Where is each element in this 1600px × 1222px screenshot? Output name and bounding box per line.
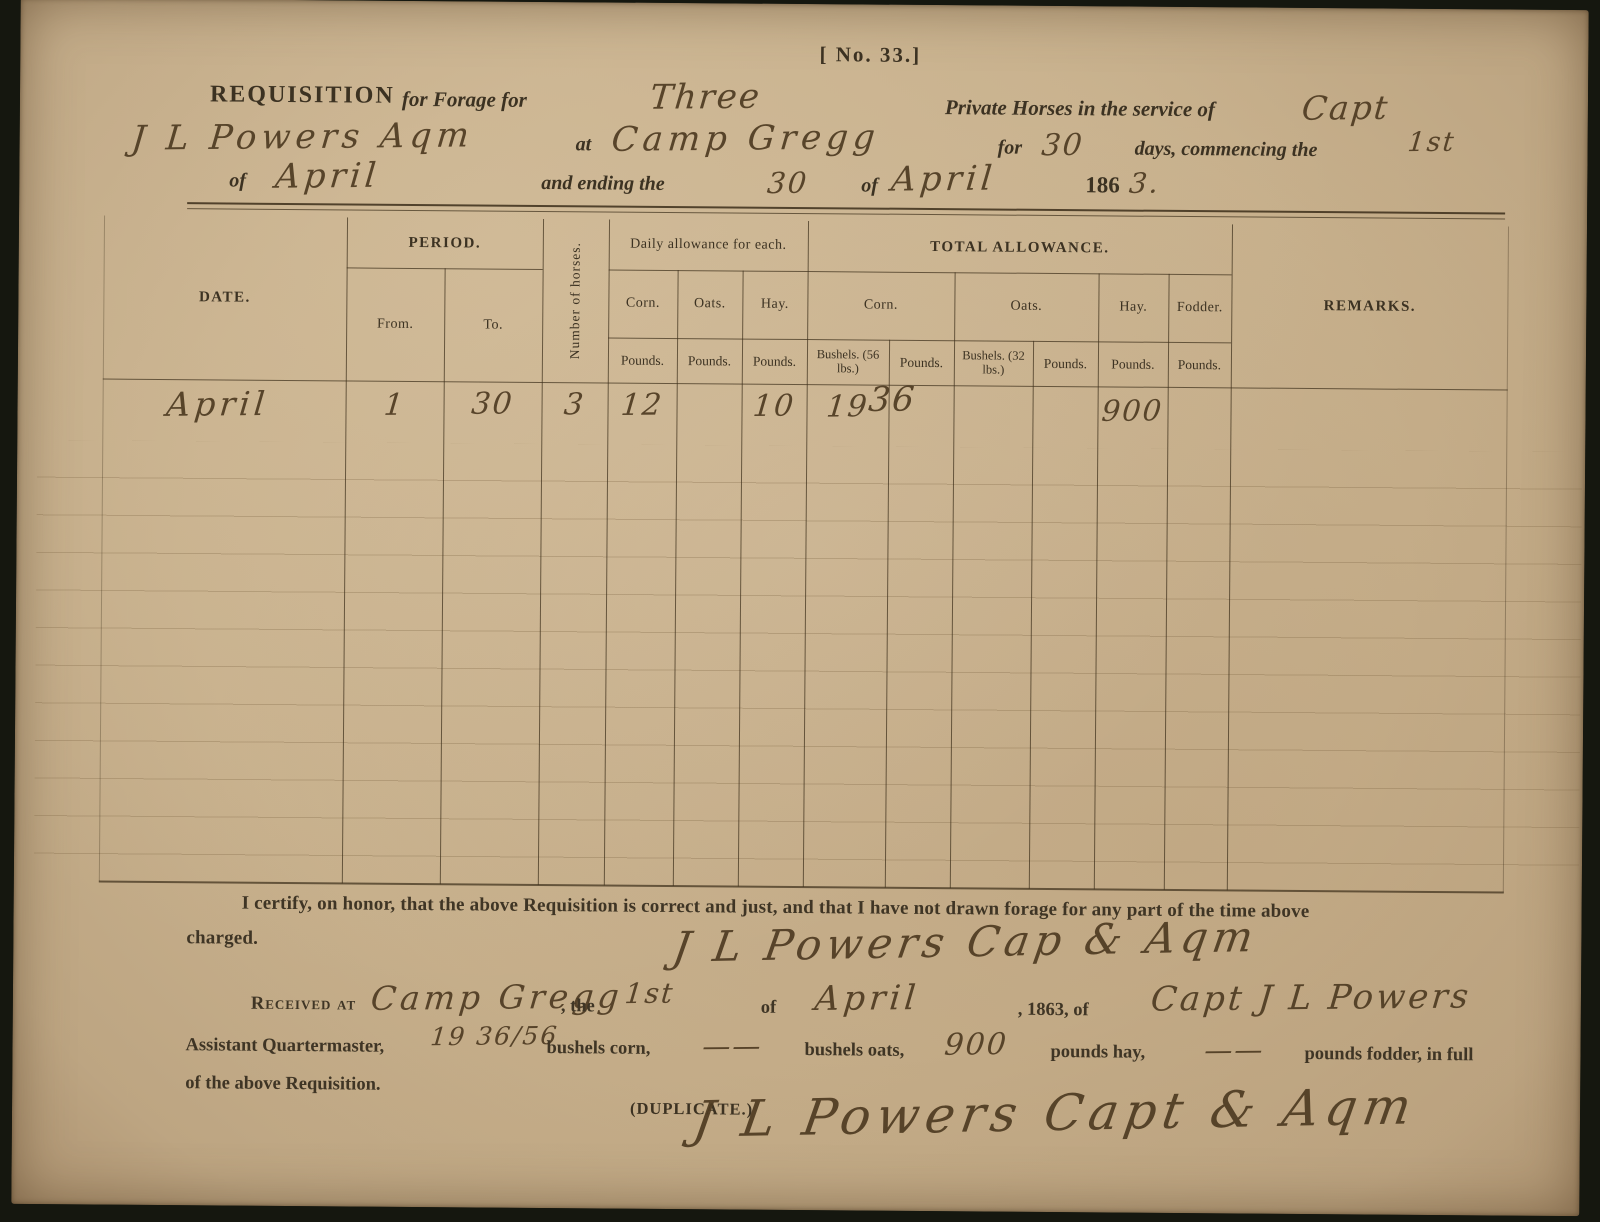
hw-receipt-month: April	[813, 978, 921, 1019]
hw-receipt-day: 1st	[623, 977, 676, 1011]
hw-start-day: 1st	[1406, 127, 1457, 158]
col-header-remarks: REMARKS.	[1231, 224, 1509, 389]
col-header-pounds: Pounds.	[677, 338, 742, 384]
forage-table: DATE. PERIOD. From. To. Number of horses…	[99, 216, 1509, 893]
title-requisition: REQUISITION	[210, 81, 395, 109]
printed-of-2: of	[861, 174, 878, 197]
row-corn-pounds: 36	[867, 379, 918, 419]
certification-text-2: charged.	[186, 927, 258, 950]
col-header-total-oats: Oats.	[954, 272, 1099, 341]
bushels-corn-label: bushels corn,	[546, 1038, 650, 1060]
signature-1: J L Powers Cap & Aqm	[670, 912, 1262, 972]
table-bottom-rule	[99, 881, 1504, 894]
hw-num-days: 30	[1040, 128, 1086, 163]
col-header-date: DATE.	[103, 216, 347, 381]
col-header-pounds: Pounds.	[1033, 341, 1098, 387]
printed-year: 186	[1085, 172, 1120, 198]
col-header-pounds: Pounds.	[1098, 341, 1168, 387]
row-to: 30	[442, 386, 543, 422]
printed-of-1: of	[229, 170, 246, 193]
hw-horse-count: Three	[648, 77, 763, 118]
row-from: 1	[344, 387, 445, 423]
hw-officer-rank: Capt	[1300, 88, 1391, 128]
col-header-daily-oats: Oats.	[677, 270, 743, 339]
col-header-pounds: Pounds.	[742, 339, 807, 385]
col-header-from: From.	[346, 267, 445, 381]
printed-year-of: , 1863, of	[1018, 1000, 1089, 1022]
col-header-period: PERIOD.	[347, 217, 543, 269]
col-header-to: To.	[444, 268, 543, 382]
printed-for: for	[998, 137, 1023, 160]
printed-at: at	[576, 133, 592, 156]
hw-hay-amount: 900	[943, 1027, 1010, 1063]
row-horses: 3	[540, 387, 609, 423]
hw-start-month: April	[273, 156, 381, 197]
hw-end-day: 30	[766, 166, 810, 200]
col-header-daily-corn: Corn.	[608, 269, 678, 338]
hw-end-month: April	[889, 159, 997, 200]
pounds-hay-label: pounds hay,	[1050, 1042, 1145, 1064]
printed-and-ending: and ending the	[541, 172, 665, 196]
hw-receipt-officer: Capt J L Powers	[1149, 976, 1473, 1019]
hw-oats-dash: ——	[701, 1029, 764, 1063]
col-header-total-corn: Corn.	[807, 271, 955, 340]
receipt-closing: of the above Requisition.	[185, 1073, 380, 1096]
col-header-daily-allowance: Daily allowance for each.	[609, 219, 808, 271]
row-daily-corn: 12	[606, 387, 678, 423]
printed-days-commencing: days, commencing the	[1135, 138, 1318, 162]
col-header-total-fodder: Fodder.	[1168, 274, 1232, 342]
col-header-daily-hay: Hay.	[742, 271, 808, 340]
scanned-requisition-form: [ No. 33.] REQUISITION for Forage for Th…	[11, 0, 1588, 1216]
title-for-forage: for Forage for	[402, 87, 527, 113]
bushels-oats-label: bushels oats,	[804, 1040, 904, 1062]
col-header-total-allowance: TOTAL ALLOWANCE.	[808, 221, 1232, 274]
row-date: April	[116, 383, 320, 424]
printed-of-3: of	[761, 998, 777, 1019]
col-header-bushels-56: Bushels. (56 lbs.)	[807, 337, 889, 386]
col-header-bushels-32: Bushels. (32 lbs.)	[954, 338, 1033, 387]
col-header-pounds: Pounds.	[1168, 342, 1231, 387]
col-header-total-hay: Hay.	[1098, 273, 1169, 342]
row-hay-pounds: 900	[1096, 393, 1169, 428]
table-vline	[1029, 341, 1034, 889]
col-header-number-of-horses: Number of horses.	[542, 219, 609, 383]
col-header-pounds: Pounds.	[889, 340, 954, 386]
hw-camp-name: Camp Gregg	[610, 117, 882, 160]
pounds-fodder-label: pounds fodder, in full	[1304, 1044, 1473, 1066]
hw-fodder-dash: ——	[1203, 1033, 1266, 1067]
col-header-pounds: Pounds.	[608, 337, 677, 383]
title-private-horses: Private Horses in the service of	[945, 95, 1215, 122]
printed-the: , the	[561, 996, 595, 1017]
asst-quartermaster-label: Assistant Quartermaster,	[185, 1035, 384, 1058]
received-at-label: Received at	[251, 994, 356, 1016]
row-daily-hay: 10	[740, 388, 808, 424]
hw-year-digit: 3.	[1128, 167, 1162, 200]
hw-corn-amount: 19 36/56	[429, 1021, 560, 1051]
form-number: [ No. 33.]	[790, 42, 950, 68]
signature-2: J L Powers Capt & Aqm	[690, 1077, 1422, 1148]
hw-officer-name: J L Powers Aqm	[130, 115, 476, 158]
